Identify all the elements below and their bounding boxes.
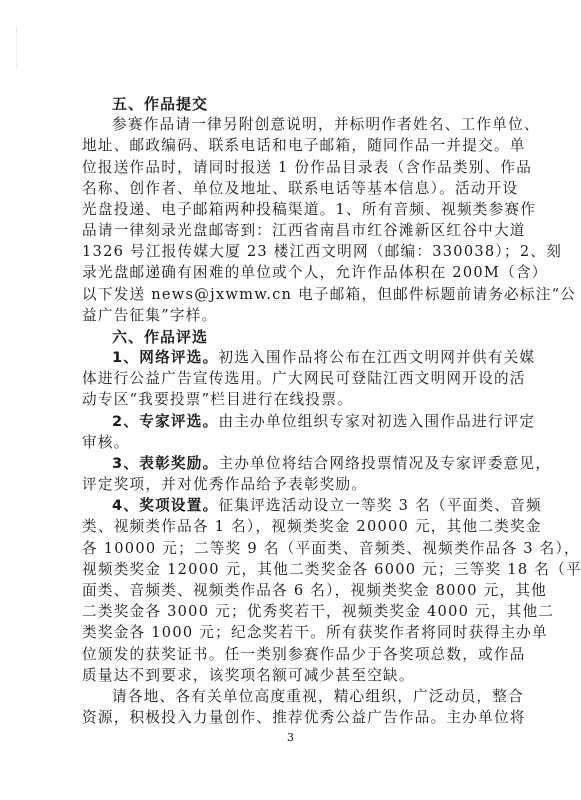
scan-artifact [16,28,21,68]
item-lead-online-vote: 1、网络评选。 [112,349,218,366]
item-lead-expert-review: 2、专家评选。 [112,413,218,430]
page-number: 3 [0,731,581,744]
item-lead-awards: 3、表彰奖励。 [112,455,218,472]
paragraph-line: 资源，积极投入力量创作、推荐优秀公益广告作品。主办单位将 [82,706,512,730]
item-lead-prize-setup: 4、奖项设置。 [112,497,218,514]
document-page: 五、作品提交 参赛作品请一律另附创意说明，并标明作者姓名、工作单位、 地址、邮政… [0,0,581,800]
